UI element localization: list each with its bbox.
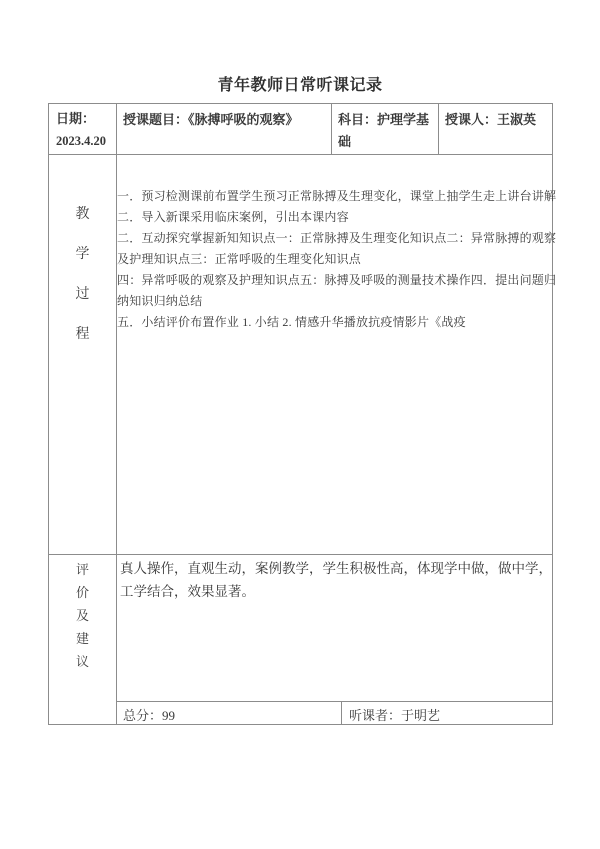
text-line: 及护理知识点三：正常呼吸的生理变化知识点 [117, 249, 553, 270]
record-table: 日期： 2023.4.20 授课题目：《脉搏呼吸的观察》 科目：护理学基础 授课… [48, 103, 553, 725]
vertical-label-char: 学 [76, 248, 90, 262]
total-score-value: 99 [162, 708, 175, 723]
text-line: 纳知识归纳总结 [117, 291, 553, 312]
date-label: 日期： [56, 111, 95, 126]
topic-label: 授课题目： [123, 112, 188, 127]
date-value: 2023.4.20 [56, 130, 116, 152]
lecturer-cell: 授课人：王淑英 [439, 104, 552, 154]
evaluation-content: 真人操作，直观生动，案例教学，学生积极性高，体现学中做，做中学，工学结合，效果显… [120, 557, 552, 603]
vertical-label-char: 过 [76, 288, 90, 302]
text-line: 真人操作，直观生动，案例教学，学生积极性高，体现学中做，做中学， [120, 557, 552, 580]
teaching-process-label: 教学过程 [49, 154, 116, 554]
vertical-label-char: 评 [76, 563, 89, 576]
vertical-label-char: 价 [76, 586, 89, 599]
date-cell: 日期： 2023.4.20 [49, 104, 116, 154]
subject-cell: 科目：护理学基础 [332, 104, 438, 154]
observer-value: 于明艺 [401, 708, 440, 723]
lecturer-label: 授课人： [445, 112, 497, 127]
text-line: 二．互动探究掌握新知知识点一：正常脉搏及生理变化知识点二：异常脉搏的观察 [117, 228, 553, 249]
observer-label: 听课者： [349, 708, 401, 723]
text-line: 五．小结评价布置作业 1. 小结 2. 情感升华播放抗疫情影片《战疫 [117, 312, 553, 333]
text-line: 工学结合，效果显著。 [120, 580, 552, 603]
vertical-label-char: 议 [76, 655, 89, 668]
vertical-label-char: 建 [76, 632, 89, 645]
topic-value: 《脉搏呼吸的观察》 [188, 112, 299, 127]
teaching-process-content: 一．预习检测课前布置学生预习正常脉搏及生理变化，课堂上抽学生走上讲台讲解二．导入… [117, 186, 553, 333]
lecturer-value: 王淑英 [497, 112, 536, 127]
text-line: 一．预习检测课前布置学生预习正常脉搏及生理变化，课堂上抽学生走上讲台讲解 [117, 186, 553, 207]
document-page: 青年教师日常听课记录 日期： 2023.4.20 授课题目：《脉搏呼吸的观察》 … [0, 0, 600, 849]
vertical-label-char: 程 [76, 328, 90, 342]
observer-cell: 听课者：于明艺 [342, 702, 552, 726]
evaluation-label: 评价及建议 [49, 554, 116, 724]
text-line: 二．导入新课采用临床案例，引出本课内容 [117, 207, 553, 228]
document-title: 青年教师日常听课记录 [0, 72, 600, 95]
vertical-label-char: 教 [76, 208, 90, 222]
topic-cell: 授课题目：《脉搏呼吸的观察》 [117, 104, 331, 154]
total-score-cell: 总分：99 [117, 702, 341, 726]
text-line: 四：异常呼吸的观察及护理知识点五：脉搏及呼吸的测量技术操作四．提出问题归 [117, 270, 553, 291]
table-gridline [49, 154, 552, 155]
total-score-label: 总分： [123, 708, 162, 723]
subject-label: 科目： [338, 112, 377, 127]
table-gridline [49, 554, 552, 555]
vertical-label-char: 及 [76, 609, 89, 622]
